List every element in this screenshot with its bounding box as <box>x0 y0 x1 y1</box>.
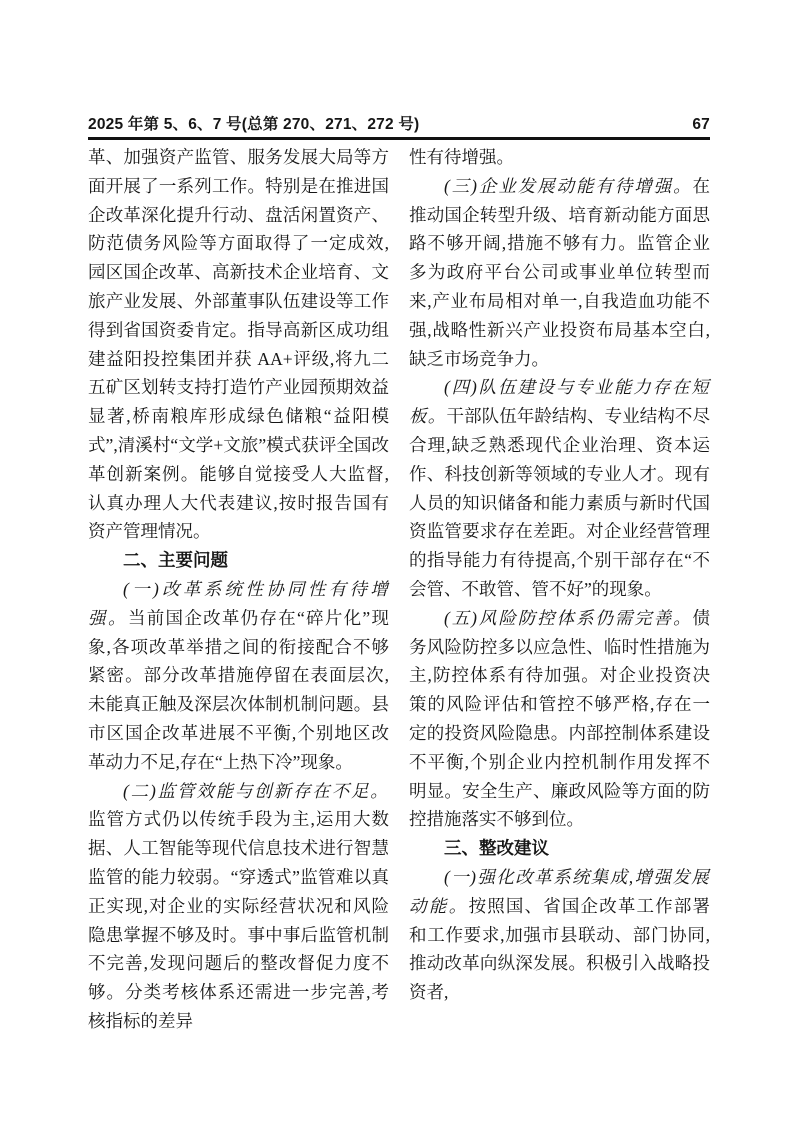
paragraph-problem-3-body: 在推动国企转型升级、培育新动能方面思路不够开阔,措施不够有力。监管企业多为政府平… <box>409 176 710 369</box>
page-header: 2025 年第 5、6、7 号(总第 270、271、272 号) 67 <box>88 112 710 140</box>
text-columns: 革、加强资产监管、服务发展大局等方面开展了一系列工作。特别是在推进国企改革深化提… <box>88 143 710 1036</box>
paragraph-problem-3-lead: (三)企业发展动能有待增强。 <box>444 176 693 196</box>
paragraph-suggestion-1: (一)强化改革系统集成,增强发展动能。按照国、省国企改革工作部署和工作要求,加强… <box>409 863 710 1007</box>
column-left: 革、加强资产监管、服务发展大局等方面开展了一系列工作。特别是在推进国企改革深化提… <box>88 143 389 1036</box>
section-heading-main-problems: 二、主要问题 <box>88 546 389 575</box>
paragraph-problem-2-lead: (二)监管效能与创新存在不足。 <box>123 781 389 801</box>
column-right: 性有待增强。 (三)企业发展动能有待增强。在推动国企转型升级、培育新动能方面思路… <box>409 143 710 1036</box>
paragraph-problem-3: (三)企业发展动能有待增强。在推动国企转型升级、培育新动能方面思路不够开阔,措施… <box>409 172 710 374</box>
paragraph-problem-2: (二)监管效能与创新存在不足。监管方式仍以传统手段为主,运用大数据、人工智能等现… <box>88 777 389 1036</box>
paragraph-continuation: 革、加强资产监管、服务发展大局等方面开展了一系列工作。特别是在推进国企改革深化提… <box>88 143 389 546</box>
document-page: 2025 年第 5、6、7 号(总第 270、271、272 号) 67 革、加… <box>0 0 794 1122</box>
paragraph-problem-2-body: 监管方式仍以传统手段为主,运用大数据、人工智能等现代信息技术进行智慧监管的能力较… <box>88 809 389 1031</box>
paragraph-problem-4: (四)队伍建设与专业能力存在短板。干部队伍年龄结构、专业结构不尽合理,缺乏熟悉现… <box>409 373 710 603</box>
paragraph-problem-5-lead: (五)风险防控体系仍需完善。 <box>444 608 693 628</box>
paragraph-problem-1: (一)改革系统性协同性有待增强。当前国企改革仍存在“碎片化”现象,各项改革举措之… <box>88 575 389 777</box>
paragraph-problem-5: (五)风险防控体系仍需完善。债务风险防控多以应急性、临时性措施为主,防控体系有待… <box>409 604 710 834</box>
section-heading-rectification-suggestions: 三、整改建议 <box>409 834 710 863</box>
page-number: 67 <box>692 116 710 134</box>
paragraph-problem-4-body: 干部队伍年龄结构、专业结构不尽合理,缺乏熟悉现代企业治理、资本运作、科技创新等领… <box>409 406 710 599</box>
journal-issue-text: 2025 年第 5、6、7 号(总第 270、271、272 号) <box>88 112 419 134</box>
paragraph-problem-2-continuation: 性有待增强。 <box>409 143 710 172</box>
paragraph-problem-1-body: 当前国企改革仍存在“碎片化”现象,各项改革举措之间的衔接配合不够紧密。部分改革措… <box>88 608 389 772</box>
paragraph-problem-5-body: 债务风险防控多以应急性、临时性措施为主,防控体系有待加强。对企业投资决策的风险评… <box>409 608 710 830</box>
